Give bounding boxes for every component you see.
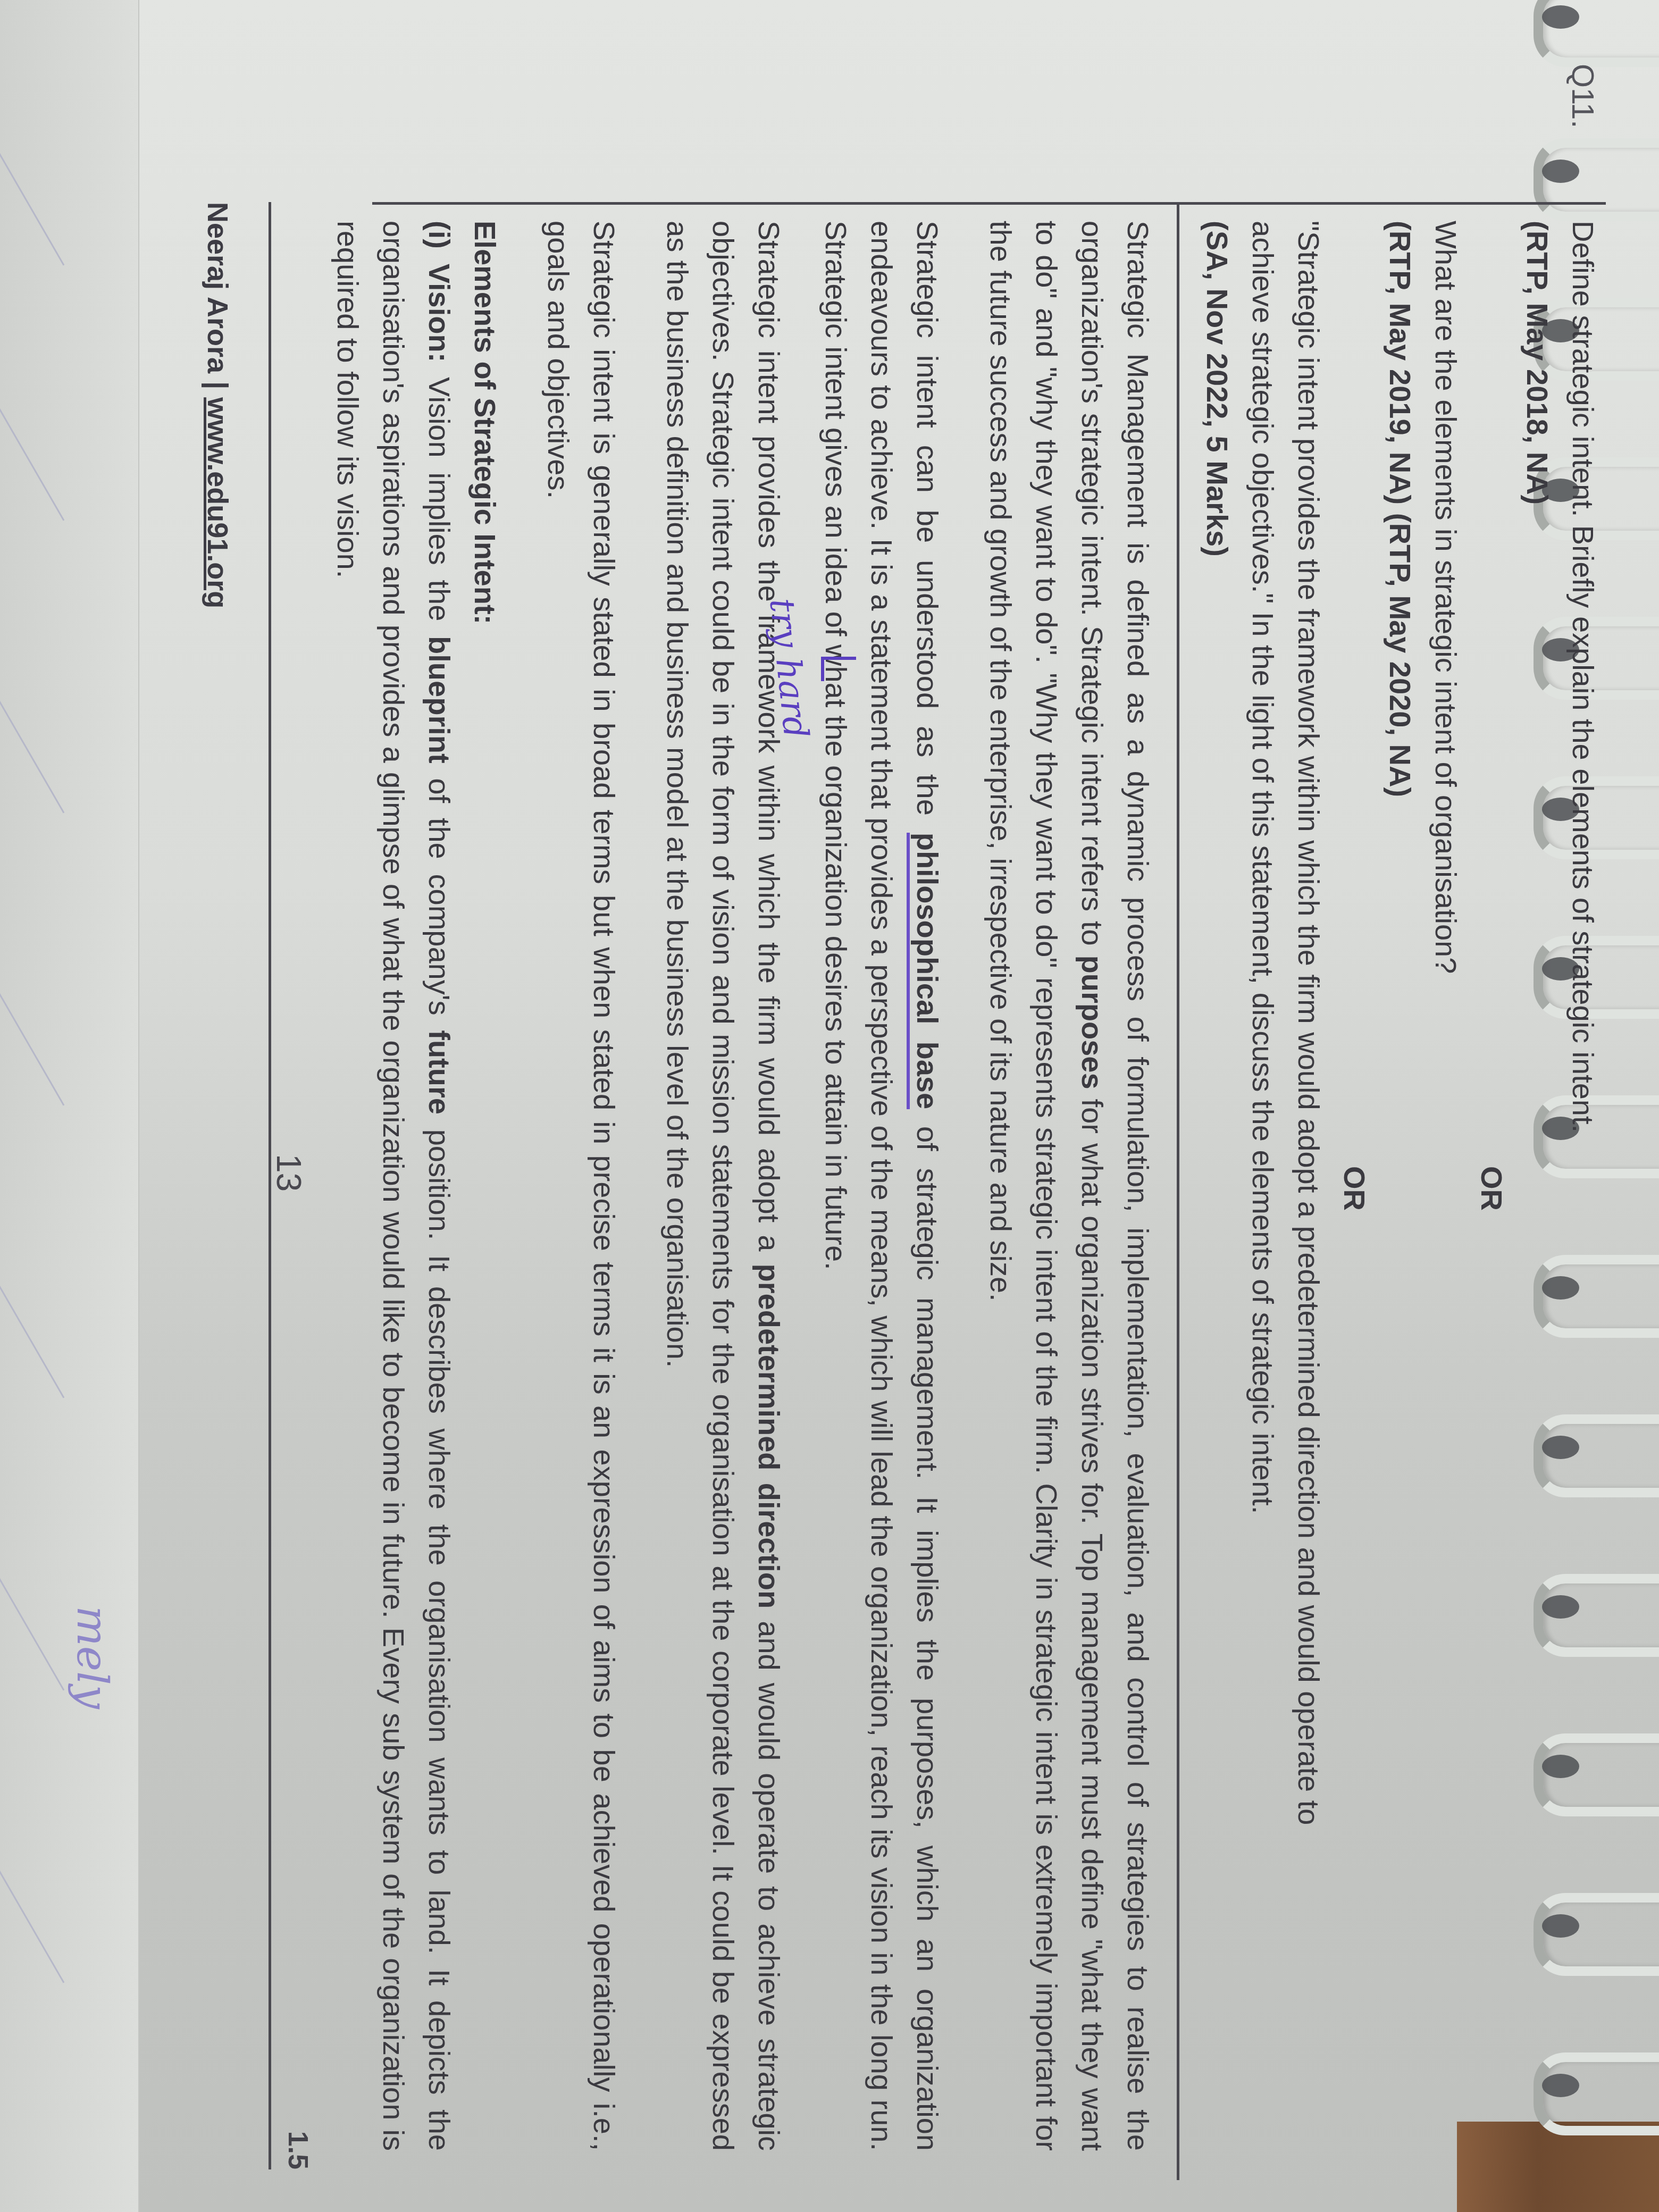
answer-paragraph-1: Strategic Management is defined as a dyn… [978,221,1161,2151]
question-prompt: Define strategic intent. Briefly explain… [1560,205,1606,2172]
margin-scribble: mely [68,1606,117,1709]
quote-line-2: achieve strategic objectives." In the li… [1240,205,1286,2172]
quote-line-1: "Strategic intent provides the framework… [1286,205,1331,2172]
or-separator-1: OR [1469,205,1514,2172]
answer-paragraph-2: Strategic intent can be understood as th… [813,221,950,2151]
question-box: Define strategic intent. Briefly explain… [372,202,1606,2172]
page-number: 13 [269,1154,308,1192]
question-source-1: (RTP, May 2018, NA) [1514,205,1560,2172]
question-source-3: (SA, Nov 2022, 5 Marks) [1194,205,1240,2172]
element-vision: (i) Vision: Vision implies the blueprint… [325,221,462,2151]
bold-term-predetermined-direction: predetermined direction [752,1264,786,1609]
alt-question-prompt: What are the elements in strategic inten… [1423,205,1469,2172]
textbook-page: Q11. Define strategic intent. Briefly ex… [64,64,1606,2191]
footer-author: Neeraj Arora | www.edu91.org [201,202,234,608]
or-separator-2: OR [1331,205,1377,2172]
answer-body: Strategic Management is defined as a dyn… [325,205,1161,2172]
section-divider [1177,202,1179,2180]
elements-heading: Elements of Strategic Intent: [462,221,508,2151]
vision-label: (i) Vision: [423,221,456,362]
website-link[interactable]: www.edu91.org [202,397,233,608]
answer-paragraph-3: Strategic intent provides the framework … [655,221,792,2151]
bold-term-philosophical-base: philosophical base [907,833,944,1109]
question-number: Q11. [1565,64,1601,128]
bold-term-blueprint: blueprint [423,636,456,764]
question-source-2: (RTP, May 2019, NA) (RTP, May 2020, NA) [1377,205,1423,2172]
marks-label: 1.5 [282,2131,314,2169]
bold-term-future: future [423,1030,456,1115]
answer-paragraph-4: Strategic intent is generally stated in … [535,221,627,2151]
bold-term-purposes: purposes [1076,956,1109,1090]
handwritten-bracket-mark [821,657,856,681]
